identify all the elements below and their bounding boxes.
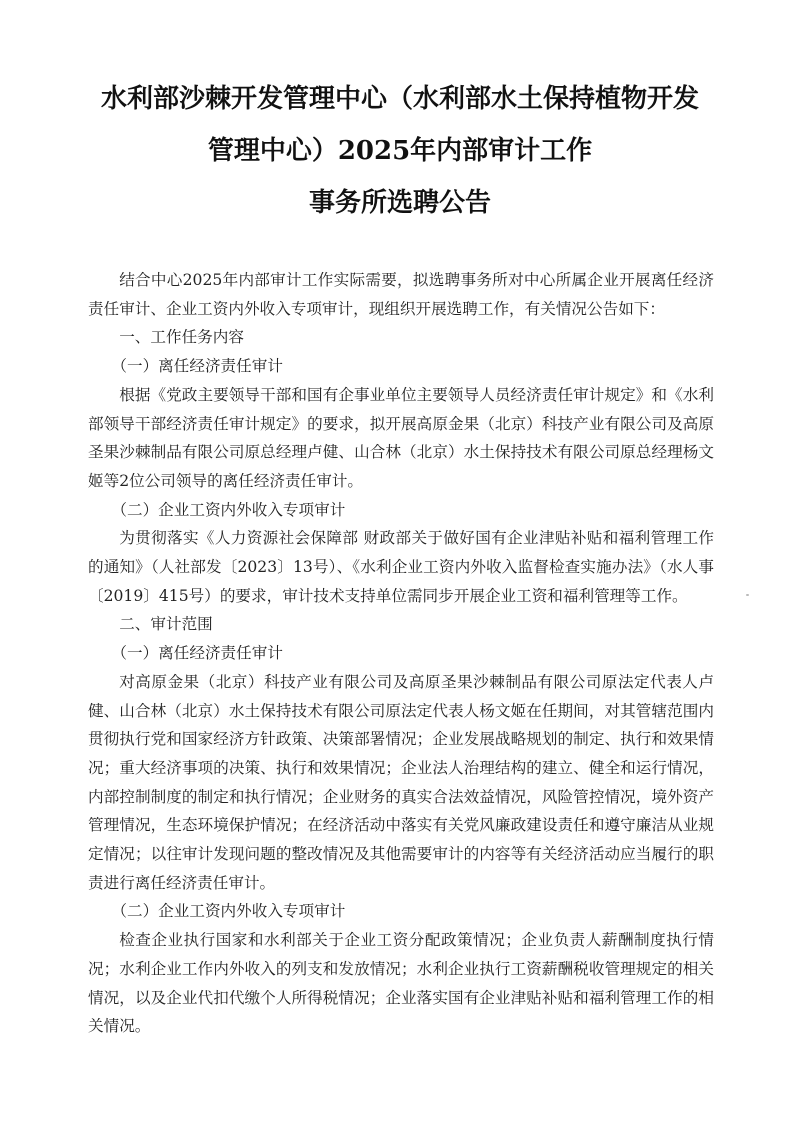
- paragraph-scope-wage-audit: 检查企业执行国家和水利部关于企业工资分配政策情况；企业负责人薪酬制度执行情况；水…: [88, 926, 714, 1041]
- title-line-2: 管理中心）2025年内部审计工作: [0, 138, 800, 164]
- scan-artifact: [746, 594, 749, 596]
- section-heading-audit-scope: 二、审计范围: [88, 610, 714, 639]
- title-line-1: 水利部沙棘开发管理中心（水利部水土保持植物开发: [0, 86, 800, 112]
- document-page: 水利部沙棘开发管理中心（水利部水土保持植物开发 管理中心）2025年内部审计工作…: [0, 0, 800, 1132]
- paragraph-departure-audit: 根据《党政主要领导干部和国有企事业单位主要领导人员经济责任审计规定》和《水利部领…: [88, 381, 714, 496]
- subsection-heading-scope-wage-audit: （二）企业工资内外收入专项审计: [88, 897, 714, 926]
- subsection-heading-scope-departure-audit: （一）离任经济责任审计: [88, 639, 714, 668]
- section-heading-work-content: 一、工作任务内容: [88, 323, 714, 352]
- paragraph-wage-audit: 为贯彻落实《人力资源社会保障部 财政部关于做好国有企业津贴补贴和福利管理工作的通…: [88, 524, 714, 610]
- intro-paragraph: 结合中心2025年内部审计工作实际需要，拟选聘事务所对中心所属企业开展离任经济责…: [88, 266, 714, 323]
- subsection-heading-wage-audit: （二）企业工资内外收入专项审计: [88, 496, 714, 525]
- paragraph-scope-departure-audit: 对高原金果（北京）科技产业有限公司及高原圣果沙棘制品有限公司原法定代表人卢健、山…: [88, 668, 714, 898]
- title-line-3: 事务所选聘公告: [0, 190, 800, 216]
- subsection-heading-departure-audit: （一）离任经济责任审计: [88, 352, 714, 381]
- document-title: 水利部沙棘开发管理中心（水利部水土保持植物开发 管理中心）2025年内部审计工作…: [0, 86, 800, 216]
- document-body: 结合中心2025年内部审计工作实际需要，拟选聘事务所对中心所属企业开展离任经济责…: [88, 266, 714, 1041]
